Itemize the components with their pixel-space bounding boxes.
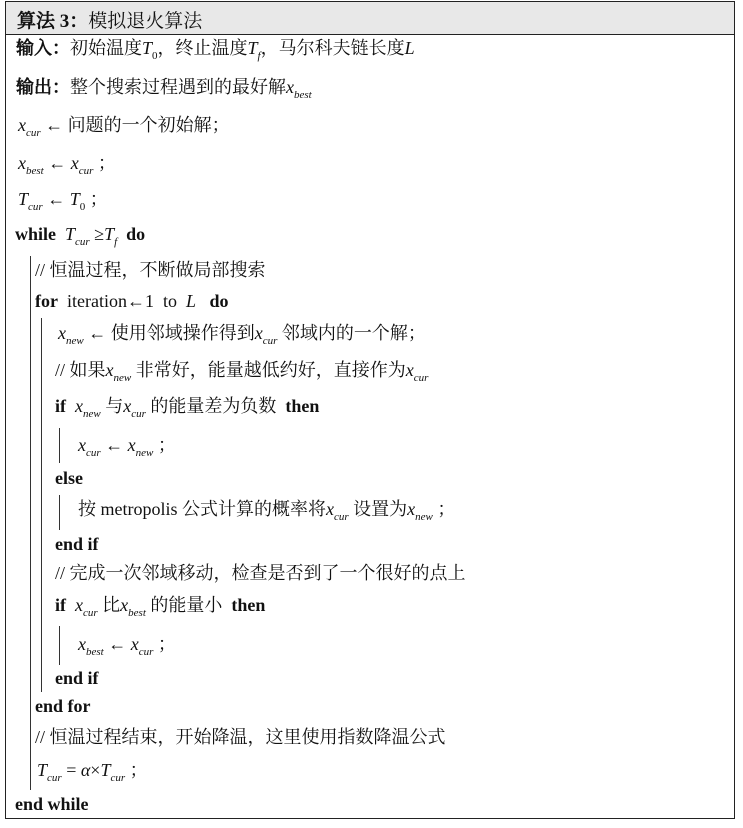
sub: cur [83, 607, 98, 619]
init-xbest-line: xbest ← xcur ； [18, 151, 116, 175]
text: 的能量小 [150, 595, 222, 615]
sub: cur [139, 646, 154, 658]
text: 整个搜索过程遇到的最好解 [70, 77, 286, 97]
algorithm-number: 算法 3： [17, 11, 88, 32]
var: x [128, 435, 136, 455]
sub: best [26, 165, 44, 177]
assign-arrow: ← [127, 291, 145, 311]
else-line: else [55, 466, 83, 490]
neighbor-line: xnew ← 使用邻域操作得到xcur 邻域内的一个解； [58, 321, 426, 345]
var: x [75, 595, 83, 615]
comment-line: // 完成一次邻域移动，检查是否到了一个很好的点上 [55, 561, 466, 585]
assign-arrow: ← [108, 634, 126, 654]
text: ； [158, 634, 176, 654]
var: x [71, 153, 79, 173]
if-line: if xcur 比xbest 的能量小 then [55, 593, 265, 617]
text: 设置为 [353, 499, 407, 519]
var: x [406, 360, 414, 380]
text: 与 [105, 396, 123, 416]
keyword: while [15, 224, 56, 244]
var: x [326, 499, 334, 519]
end-for-line: end for [35, 694, 91, 718]
comment-line: // 恒温过程结束，开始降温，这里使用指数降温公式 [35, 725, 446, 749]
text: ，终止温度 [158, 38, 248, 58]
var: T [248, 38, 258, 58]
text: 按 metropolis 公式计算的概率将 [78, 499, 326, 519]
assign-arrow: ← [105, 435, 123, 455]
text: ； [158, 435, 176, 455]
text: ，马尔科夫链长度 [261, 38, 405, 58]
var: α [81, 760, 90, 780]
var: x [106, 360, 114, 380]
text: to [163, 291, 177, 311]
if-line: if xnew 与xcur 的能量差为负数 then [55, 394, 319, 418]
var: L [186, 291, 196, 311]
sub: cur [86, 447, 101, 459]
input-line: 输入：初始温度T0，终止温度Tf，马尔科夫链长度L [16, 36, 415, 60]
sub: cur [263, 335, 278, 347]
metropolis-line: 按 metropolis 公式计算的概率将xcur 设置为xnew ； [78, 497, 455, 521]
output-label: 输出： [16, 77, 70, 97]
sub: cur [26, 127, 41, 139]
for-scope-guide [41, 318, 42, 692]
text: 问题的一个初始解； [68, 115, 230, 135]
algorithm-name: 模拟退火算法 [88, 11, 202, 32]
keyword: for [35, 291, 58, 311]
text: 非常好，能量越低约好，直接作为 [136, 360, 406, 380]
while-line: while Tcur ≥Tf do [15, 222, 145, 246]
output-line: 输出：整个搜索过程遇到的最好解xbest [16, 75, 312, 99]
while-scope-guide [30, 256, 31, 790]
assign-line: xcur ← xnew ； [78, 433, 176, 457]
var: x [407, 499, 415, 519]
algorithm-title: 算法 3：模拟退火算法 [17, 6, 202, 33]
text: ； [437, 499, 455, 519]
sub: cur [28, 201, 43, 213]
sub: cur [131, 408, 146, 420]
sub: new [83, 408, 101, 420]
sub: cur [79, 165, 94, 177]
text: ； [98, 153, 116, 173]
input-label: 输入： [16, 38, 70, 58]
if1-else-guide [59, 495, 60, 530]
var: x [78, 435, 86, 455]
sub: best [294, 89, 312, 101]
keyword: if [55, 595, 66, 615]
assign-arrow: ← [48, 153, 66, 173]
text: iteration [67, 291, 127, 311]
keyword: do [126, 224, 145, 244]
var: T [100, 760, 110, 780]
var: x [75, 396, 83, 416]
cooling-line: Tcur = α×Tcur ； [37, 758, 148, 782]
var: x [18, 153, 26, 173]
end-if-line: end if [55, 532, 99, 556]
assign-arrow: ← [47, 189, 65, 209]
assign-arrow: ← [45, 115, 63, 135]
end-while-line: end while [15, 792, 89, 816]
var: x [131, 634, 139, 654]
var: x [58, 323, 66, 343]
init-xcur-line: xcur ← 问题的一个初始解； [18, 113, 230, 137]
keyword: do [210, 291, 229, 311]
keyword: then [285, 396, 319, 416]
sub: new [114, 372, 132, 384]
assign-line: xbest ← xcur ； [78, 632, 176, 656]
sub: 0 [80, 201, 86, 213]
text: 初始温度 [70, 38, 142, 58]
var: x [286, 77, 294, 97]
sub: new [66, 335, 84, 347]
var: T [18, 189, 28, 209]
var: x [255, 323, 263, 343]
var: T [142, 38, 152, 58]
text: // 如果 [55, 360, 106, 380]
text: ； [130, 760, 148, 780]
keyword: then [231, 595, 265, 615]
sub: best [86, 646, 104, 658]
sub: new [136, 447, 154, 459]
init-tcur-line: Tcur ← T0 ； [18, 187, 108, 211]
text: 比 [102, 595, 120, 615]
sub: cur [414, 372, 429, 384]
text: 邻域内的一个解； [282, 323, 426, 343]
var: x [78, 634, 86, 654]
var: T [104, 224, 114, 244]
var: L [405, 38, 415, 58]
text: 使用邻域操作得到 [111, 323, 255, 343]
assign-arrow: ← [88, 323, 106, 343]
var: T [65, 224, 75, 244]
sub: cur [334, 511, 349, 523]
if2-then-guide [59, 626, 60, 665]
text: 的能量差为负数 [150, 396, 276, 416]
var: x [18, 115, 26, 135]
var: x [120, 595, 128, 615]
comment-line: // 如果xnew 非常好，能量越低约好，直接作为xcur [55, 358, 428, 382]
sub: cur [75, 236, 90, 248]
text: ； [90, 189, 108, 209]
if1-then-guide [59, 428, 60, 463]
text: 1 [145, 291, 154, 311]
var: T [37, 760, 47, 780]
sub: cur [47, 772, 62, 784]
var: T [70, 189, 80, 209]
comment-line: // 恒温过程，不断做局部搜索 [35, 258, 266, 282]
sub: f [114, 236, 117, 248]
keyword: if [55, 396, 66, 416]
sub: cur [110, 772, 125, 784]
text: ≥ [94, 224, 104, 244]
text: = [66, 760, 76, 780]
sub: best [128, 607, 146, 619]
end-if-line: end if [55, 666, 99, 690]
text: × [90, 760, 100, 780]
for-line: for iteration←1 to L do [35, 289, 229, 313]
sub: new [415, 511, 433, 523]
algorithm-header: 算法 3：模拟退火算法 [6, 2, 734, 35]
